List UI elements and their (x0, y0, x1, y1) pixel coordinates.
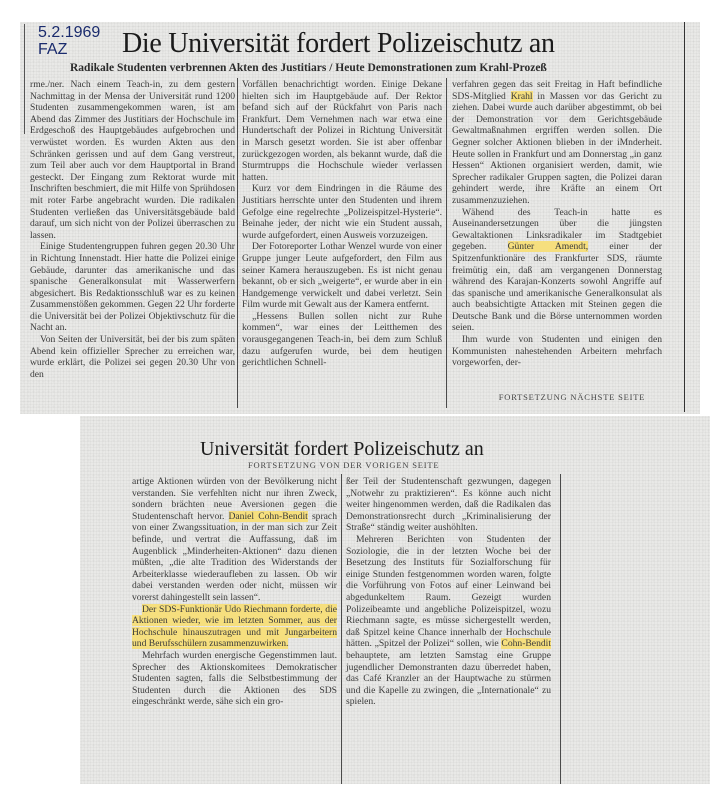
paragraph: Der SDS-Funktionär Udo Riechmann fordert… (132, 604, 337, 650)
newspaper-clipping-top: 5.2.1969 FAZ Die Universität fordert Pol… (20, 22, 700, 414)
paragraph: Ihm wurde von Studenten und einigen den … (452, 334, 662, 369)
highlight-riechmann: Der SDS-Funktionär Udo Riechmann fordert… (132, 604, 337, 650)
paragraph: verfahren gegen das seit Freitag in Haft… (452, 79, 662, 207)
stamp-source: FAZ (38, 41, 100, 58)
clipping-edge-left (24, 24, 25, 134)
paragraph: ßer Teil der Studentenschaft gezwungen, … (346, 476, 551, 534)
newspaper-clipping-bottom: Universität fordert Polizeischutz an FOR… (80, 416, 710, 784)
paragraph: Mehreren Berichten von Studenten der Soz… (346, 534, 551, 708)
paragraph: Kurz vor dem Eindringen in die Räume des… (242, 183, 442, 241)
column-divider (446, 78, 447, 408)
continuation-column-2: ßer Teil der Studentenschaft gezwungen, … (346, 476, 551, 708)
continuation-headline: Universität fordert Polizeischutz an (200, 438, 484, 461)
paragraph: rme./ner. Nach einem Teach-in, zu dem ge… (30, 79, 235, 241)
highlight-krahl: Krahl (511, 91, 533, 102)
article-column-2: Vorfällen benachrichtigt worden. Einige … (242, 79, 442, 369)
column-divider (237, 78, 238, 408)
highlight-cohn-bendit: Daniel Cohn-Bendit (229, 511, 308, 522)
article-subheadline: Radikale Studenten verbrennen Akten des … (70, 62, 547, 74)
continued-next-page: FORTSETZUNG NÄCHSTE SEITE (482, 392, 662, 402)
paragraph: Wähend des Teach-in hatte es Auseinander… (452, 207, 662, 335)
paragraph: Vorfällen benachrichtigt worden. Einige … (242, 79, 442, 183)
article-column-1: rme./ner. Nach einem Teach-in, zu dem ge… (30, 79, 235, 380)
paragraph: Von Seiten der Universität, bei der bis … (30, 334, 235, 380)
stamp-date: 5.2.1969 (38, 24, 100, 41)
article-headline: Die Universität fordert Polizeischutz an (122, 28, 555, 60)
paragraph: „Hessens Bullen sollen nicht zur Ruhe ko… (242, 311, 442, 369)
highlight-amendt: Günter Amendt, (508, 241, 589, 252)
column-divider (560, 474, 561, 784)
highlight-cohn-bendit-2: Cohn-Bendit (501, 638, 551, 649)
article-column-3: verfahren gegen das seit Freitag in Haft… (452, 79, 662, 369)
paragraph: Mehrfach wurden energische Gegenstimmen … (132, 650, 337, 708)
paragraph: artige Aktionen würden von der Bevölkeru… (132, 476, 337, 604)
continuation-column-1: artige Aktionen würden von der Bevölkeru… (132, 476, 337, 708)
column-divider (341, 474, 342, 784)
paragraph: Der Fotoreporter Lothar Wenzel wurde von… (242, 241, 442, 311)
continuation-subheadline: FORTSETZUNG VON DER VORIGEN SEITE (248, 460, 439, 470)
date-source-stamp: 5.2.1969 FAZ (38, 24, 100, 58)
clipping-edge-right (684, 22, 685, 412)
paragraph: Einige Studentengruppen fuhren gegen 20.… (30, 241, 235, 334)
